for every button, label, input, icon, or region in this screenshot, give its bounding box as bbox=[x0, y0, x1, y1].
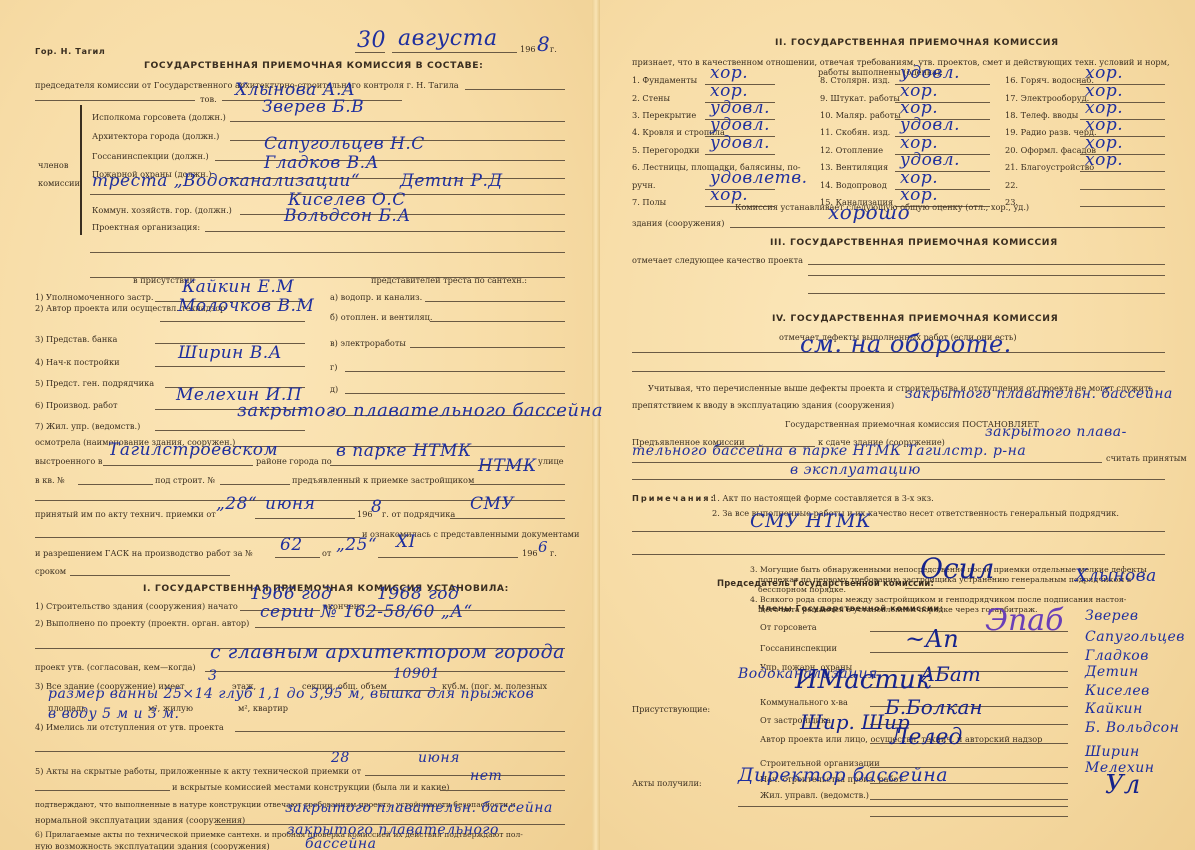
gask-day: „25“ bbox=[336, 535, 377, 555]
signature-mastikov: ИМастик bbox=[795, 665, 931, 695]
street-label: улице bbox=[538, 456, 564, 466]
approved-value: с главным архитектором города bbox=[210, 641, 565, 663]
gask-year-digit: 6 bbox=[538, 538, 548, 556]
signature-meleh: Лелед bbox=[890, 725, 962, 750]
present-value: Ширин В.А bbox=[178, 343, 282, 363]
handover-value-3: в эксплуатацию bbox=[790, 462, 921, 478]
grade-value: удовл. bbox=[710, 133, 770, 153]
member-label: Госсанинспекции (должн.) bbox=[92, 151, 209, 161]
members-label-2: комиссии bbox=[38, 178, 80, 188]
member-value: треста „Водоканализации“ bbox=[92, 171, 360, 191]
accepted-month: июня bbox=[265, 494, 315, 514]
member-value: Гладков В.А bbox=[264, 153, 379, 173]
sign-row-name: Зверев bbox=[1085, 608, 1139, 624]
acts-label: Акты получили: bbox=[632, 778, 702, 788]
trust-label: представителей треста по сантехн.: bbox=[371, 275, 527, 285]
present-label: 1) Уполномоченного застр. bbox=[35, 292, 153, 302]
sign-row-name: Сапугольцев bbox=[1085, 629, 1185, 645]
sign-row-label: Коммунального х-ва bbox=[760, 697, 848, 707]
kv-label: в кв. № bbox=[35, 475, 65, 485]
gask-year: 196 bbox=[522, 548, 538, 558]
attached-value-2: бассейна bbox=[305, 836, 376, 850]
chairman-name-sign: Хлынова bbox=[1075, 566, 1157, 586]
signature-final: Ул bbox=[1105, 770, 1140, 800]
grade-value: хор. bbox=[1085, 150, 1123, 170]
hidden-month: июня bbox=[418, 750, 460, 766]
stroit-label: под строит. № bbox=[155, 475, 215, 485]
tov-label: тов. bbox=[200, 94, 217, 104]
present-label: 6) Производ. работ bbox=[35, 400, 118, 410]
gask-label: и разрешением ГАСК на производство работ… bbox=[35, 548, 253, 558]
chairman-sign-label: Председатель Государственной комиссии: bbox=[717, 578, 934, 588]
hidden-label: 5) Акты на скрытые работы, приложенные к… bbox=[35, 766, 361, 776]
members-label-1: членов bbox=[38, 160, 68, 170]
present-sign-label: Присутствующие: bbox=[632, 704, 710, 714]
grade-value: хор. bbox=[1085, 115, 1123, 135]
notes-value: СМУ НТМК bbox=[750, 510, 871, 532]
notes-label: Примечания: bbox=[632, 493, 716, 503]
sign-row-name: Кайкин bbox=[1085, 701, 1143, 717]
trust-item: а) водопр. и канализ. bbox=[330, 292, 422, 302]
present-label: 4) Нач-к постройки bbox=[35, 357, 120, 367]
inspected-value: закрытого плавательного бассейна bbox=[237, 400, 603, 421]
grade-label: ручн. bbox=[632, 180, 656, 190]
considering-text-2: препятствием к вводу в эксплуатацию здан… bbox=[632, 400, 894, 410]
section3-label: отмечает следующее качество проекта bbox=[632, 255, 803, 265]
presented-label: предъявленный к приемке застройщиком bbox=[292, 475, 474, 485]
grade-value: удовл. bbox=[900, 150, 960, 170]
gask-number: 62 bbox=[280, 535, 303, 555]
accepted-year-digit: 8 bbox=[371, 497, 382, 517]
handover-value: закрытого плава- bbox=[985, 424, 1127, 440]
grade-value: хор. bbox=[1085, 63, 1123, 83]
sign-row-label: Госсанинспекции bbox=[760, 643, 837, 653]
accepted-year-suffix: г. от подрядчика bbox=[382, 509, 455, 519]
accept-label: считать принятым bbox=[1106, 453, 1187, 463]
attached-label-2: ную возможность эксплуатации здания (соо… bbox=[35, 841, 270, 850]
chairman-signature: Осил bbox=[920, 552, 995, 585]
section4-title: IV. ГОСУДАРСТВЕННАЯ ПРИЕМОЧНАЯ КОМИССИЯ bbox=[772, 313, 1058, 324]
grade-value: удовл. bbox=[900, 115, 960, 135]
m2b-label: м², квартир bbox=[238, 703, 288, 713]
floors-value: 3 bbox=[208, 668, 217, 684]
member-label: Архитектора города (должн.) bbox=[92, 131, 219, 141]
note-1: 1. Акт по настоящей форме составляется в… bbox=[712, 493, 934, 503]
considering-value: закрытого плавательн. бассейна bbox=[905, 386, 1173, 402]
sign-row-name: Б. Вольдсон bbox=[1085, 720, 1179, 736]
present-value: Кайкин Е.М bbox=[182, 277, 294, 297]
member-label: Исполкома горсовета (должн.) bbox=[92, 112, 226, 122]
size-note-2: в воду 5 м и 3 м. bbox=[48, 706, 179, 722]
hidden-day: 28 bbox=[331, 750, 350, 766]
date-suffix: г. bbox=[550, 44, 557, 54]
grade-label: 10. Маляр. работы bbox=[820, 110, 901, 120]
volume-value: 10901 bbox=[393, 666, 440, 682]
member-value: Сапугольцев Н.С bbox=[264, 134, 425, 154]
acts-value: Директор бассейна bbox=[738, 764, 948, 786]
grade-label: 22. bbox=[1005, 180, 1018, 190]
sign-row-name: Детин bbox=[1085, 664, 1139, 680]
section3-title: III. ГОСУДАРСТВЕННАЯ ПРИЕМОЧНАЯ КОМИССИЯ bbox=[770, 237, 1058, 248]
sign-row-label: Жил. управл. (ведомств.) bbox=[760, 790, 869, 800]
section4-value: см. на обороте. bbox=[800, 330, 1012, 358]
grade-label: 14. Водопровод bbox=[820, 180, 887, 190]
trust-item: б) отоплен. и вентиляц. bbox=[330, 312, 432, 322]
project-label: 2) Выполнено по проекту (проектн. орган.… bbox=[35, 618, 249, 628]
grade-label: 3. Перекрытие bbox=[632, 110, 696, 120]
sign-row-label: От горсовета bbox=[760, 622, 817, 632]
present-label: 3) Представ. банка bbox=[35, 334, 117, 344]
size-note: размер ванны 25×14 глуб 1,1 до 3,95 м, в… bbox=[48, 686, 534, 702]
grade-value: хор. bbox=[710, 63, 748, 83]
contractor-value: СМУ bbox=[470, 494, 514, 514]
project-value: серии № 162-58/60 „А“ bbox=[260, 602, 473, 622]
member-value: Зверев Б.В bbox=[262, 97, 364, 117]
sign-row-name: Ширин bbox=[1085, 744, 1140, 760]
grade-label: 1. Фундаменты bbox=[632, 75, 697, 85]
term-label: сроком bbox=[35, 566, 66, 576]
grade-label: 2. Стены bbox=[632, 93, 670, 103]
grade-label: 18. Телеф. вводы bbox=[1005, 110, 1078, 120]
opened-label: и вскрытые комиссией местами конструкции… bbox=[172, 782, 450, 792]
accepted-day: „28“ bbox=[216, 494, 257, 514]
composition-title: ГОСУДАРСТВЕННАЯ ПРИЕМОЧНАЯ КОМИССИЯ В СО… bbox=[144, 60, 483, 71]
district-label: районе города по bbox=[256, 456, 332, 466]
presented-value: НТМК bbox=[478, 456, 537, 476]
grade-value: удовл. bbox=[900, 63, 960, 83]
signature-scribble: ~Ап bbox=[905, 625, 959, 653]
trust-item: г) bbox=[330, 362, 337, 372]
trust-item: в) электроработы bbox=[330, 338, 406, 348]
street-value: в парке НТМК bbox=[336, 441, 472, 461]
date-year-prefix: 196 bbox=[520, 44, 536, 54]
handover-value-2: тельного бассейна в парке НТМК Тагилстр.… bbox=[632, 443, 1026, 459]
city-label: Гор. Н. Тагил bbox=[35, 46, 105, 56]
approved-label: проект утв. (согласован, кем—когда) bbox=[35, 662, 196, 672]
start-label: 1) Строительство здания (сооружения) нач… bbox=[35, 601, 238, 611]
members-title: Члены Государственной комиссии: bbox=[758, 603, 944, 613]
opened-value: нет bbox=[470, 768, 502, 784]
overall-label-2: здания (сооружения) bbox=[632, 218, 724, 228]
member-label: Коммун. хозяйств. гор. (должн.) bbox=[92, 205, 232, 215]
confirm-label-2: нормальной эксплуатации здания (сооружен… bbox=[35, 815, 245, 825]
member-value: Вольдсон Б.А bbox=[284, 206, 411, 226]
date-day: 30 bbox=[357, 28, 386, 53]
grade-label: 11. Скобян. изд. bbox=[820, 127, 890, 137]
overall-value: хорошо bbox=[828, 200, 910, 224]
sign-row-name: Гладков bbox=[1085, 648, 1149, 664]
grade-label: 13. Вентиляция bbox=[820, 162, 888, 172]
deviation-label: 4) Имелись ли отступления от утв. проект… bbox=[35, 722, 224, 732]
member-label: Проектная организация: bbox=[92, 222, 200, 232]
built-label: выстроенного в bbox=[35, 456, 103, 466]
signature-aleks: АБат bbox=[920, 662, 981, 686]
grade-label: 7. Полы bbox=[632, 197, 666, 207]
member-value-2: Детин Р.Д bbox=[400, 171, 503, 191]
grade-label: 5. Перегородки bbox=[632, 145, 700, 155]
accepted-label: принятый им по акту технич. приемки от bbox=[35, 509, 216, 519]
trust-item: д) bbox=[330, 384, 338, 394]
stamp-signature: Эпаб bbox=[985, 603, 1063, 638]
district-value: Тагилстроевском bbox=[108, 440, 278, 460]
present-value: Молочков В.М bbox=[178, 296, 314, 316]
page-fold bbox=[592, 0, 600, 850]
gask-month: XI bbox=[396, 532, 416, 552]
start-value: 1966 год bbox=[250, 584, 332, 604]
present-label: 7) Жил. упр. (ведомств.) bbox=[35, 421, 140, 431]
grade-label: 17. Электрооборуд. bbox=[1005, 93, 1089, 103]
date-month: августа bbox=[398, 26, 498, 51]
grade-label: 12. Отопление bbox=[820, 145, 883, 155]
grade-label: 8. Столярн. изд. bbox=[820, 75, 890, 85]
date-year-digit: 8 bbox=[537, 32, 550, 56]
section2-title: II. ГОСУДАРСТВЕННАЯ ПРИЕМОЧНАЯ КОМИССИЯ bbox=[775, 37, 1059, 48]
gask-from: от bbox=[322, 548, 331, 558]
grade-label: 9. Штукат. работы bbox=[820, 93, 900, 103]
end-value: 1968 год bbox=[377, 584, 459, 604]
grade-value: удовл. bbox=[710, 115, 770, 135]
gask-suffix: г. bbox=[550, 548, 557, 558]
present-label: 5) Предст. ген. подрядчика bbox=[35, 378, 154, 388]
sign-row-name: Киселев bbox=[1085, 683, 1150, 699]
confirm-value: закрытого плавательн. бассейна bbox=[285, 800, 553, 816]
